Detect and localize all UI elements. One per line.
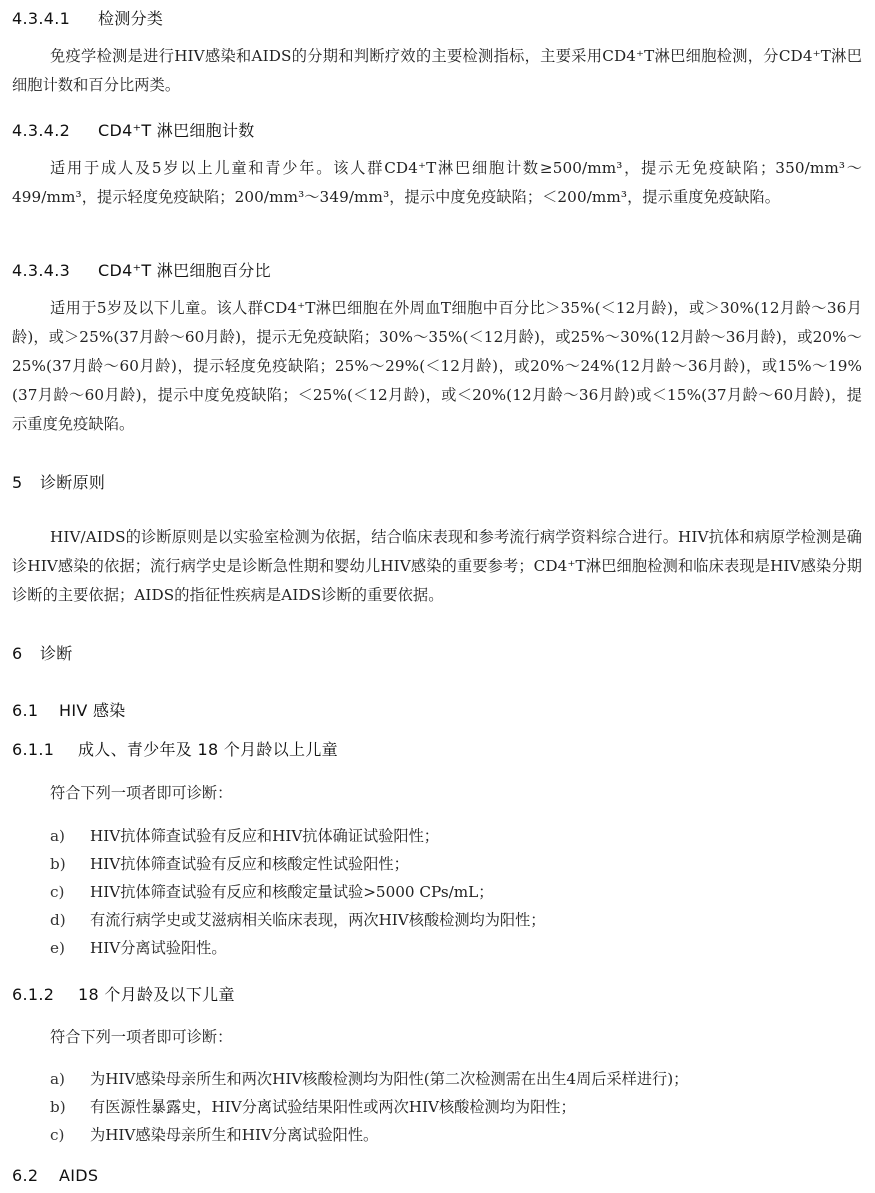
heading-4-3-4-1: 4.3.4.1检测分类 — [12, 6, 163, 29]
section-title: CD4⁺T 淋巴细胞计数 — [98, 121, 255, 140]
list-item: d)有流行病学史或艾滋病相关临床表现，两次HIV核酸检测均为阳性； — [50, 909, 545, 930]
section-number: 4.3.4.1 — [12, 9, 98, 28]
list-marker: a) — [50, 1070, 90, 1088]
paragraph-4-3-4-1: 免疫学检测是进行HIV感染和AIDS的分期和判断疗效的主要检测指标，主要采用CD… — [12, 42, 862, 100]
list-item: b)有医源性暴露史，HIV分离试验结果阳性或两次HIV核酸检测均为阳性； — [50, 1096, 576, 1117]
list-marker: c) — [50, 1126, 90, 1144]
list-text: HIV抗体筛查试验有反应和核酸定量试验>5000 CPs/mL； — [90, 883, 493, 901]
section-title: HIV 感染 — [59, 701, 126, 720]
heading-6-1-1: 6.1.1成人、青少年及 18 个月龄以上儿童 — [12, 737, 338, 760]
section-title: 诊断 — [40, 644, 73, 663]
list-marker: c) — [50, 883, 90, 901]
paragraph-4-3-4-3: 适用于5岁及以下儿童。该人群CD4⁺T淋巴细胞在外周血T细胞中百分比＞35%(＜… — [12, 294, 862, 439]
criteria-intro: 符合下列一项者即可诊断： — [50, 1026, 232, 1047]
heading-6-2: 6.2AIDS — [12, 1166, 98, 1185]
section-title: 诊断原则 — [40, 473, 105, 492]
criteria-intro: 符合下列一项者即可诊断： — [50, 782, 232, 803]
list-text: HIV抗体筛查试验有反应和核酸定性试验阳性； — [90, 855, 409, 873]
list-marker: a) — [50, 827, 90, 845]
section-title: 检测分类 — [98, 9, 163, 28]
list-marker: b) — [50, 855, 90, 873]
list-item: a)HIV抗体筛查试验有反应和HIV抗体确证试验阳性； — [50, 825, 439, 846]
list-text: 有医源性暴露史，HIV分离试验结果阳性或两次HIV核酸检测均为阳性； — [90, 1098, 576, 1116]
heading-5: 5诊断原则 — [12, 470, 105, 493]
section-title: CD4⁺T 淋巴细胞百分比 — [98, 261, 271, 280]
paragraph-4-3-4-2: 适用于成人及5岁以上儿童和青少年。该人群CD4⁺T淋巴细胞计数≥500/mm³，… — [12, 154, 862, 212]
section-number: 4.3.4.3 — [12, 261, 98, 280]
heading-4-3-4-2: 4.3.4.2CD4⁺T 淋巴细胞计数 — [12, 118, 255, 141]
section-title: 18 个月龄及以下儿童 — [78, 985, 235, 1004]
section-number: 6 — [12, 644, 40, 663]
list-text: 为HIV感染母亲所生和两次HIV核酸检测均为阳性(第二次检测需在出生4周后采样进… — [90, 1070, 688, 1088]
list-item: c)为HIV感染母亲所生和HIV分离试验阳性。 — [50, 1124, 378, 1145]
list-item: c)HIV抗体筛查试验有反应和核酸定量试验>5000 CPs/mL； — [50, 881, 493, 902]
list-marker: d) — [50, 911, 90, 929]
section-number: 6.1.2 — [12, 985, 78, 1004]
paragraph-5: HIV/AIDS的诊断原则是以实验室检测为依据，结合临床表现和参考流行病学资料综… — [12, 523, 862, 610]
heading-6-1: 6.1HIV 感染 — [12, 698, 126, 721]
list-item: a)为HIV感染母亲所生和两次HIV核酸检测均为阳性(第二次检测需在出生4周后采… — [50, 1068, 688, 1089]
heading-6-1-2: 6.1.218 个月龄及以下儿童 — [12, 982, 235, 1005]
list-text: 为HIV感染母亲所生和HIV分离试验阳性。 — [90, 1126, 378, 1144]
section-title: AIDS — [59, 1166, 98, 1185]
heading-4-3-4-3: 4.3.4.3CD4⁺T 淋巴细胞百分比 — [12, 258, 271, 281]
list-text: HIV分离试验阳性。 — [90, 939, 227, 957]
list-marker: b) — [50, 1098, 90, 1116]
section-number: 5 — [12, 473, 40, 492]
list-text: HIV抗体筛查试验有反应和HIV抗体确证试验阳性； — [90, 827, 439, 845]
section-number: 6.1.1 — [12, 740, 78, 759]
list-marker: e) — [50, 939, 90, 957]
section-number: 4.3.4.2 — [12, 121, 98, 140]
list-item: b)HIV抗体筛查试验有反应和核酸定性试验阳性； — [50, 853, 409, 874]
list-item: e)HIV分离试验阳性。 — [50, 937, 227, 958]
heading-6: 6诊断 — [12, 641, 73, 664]
list-text: 有流行病学史或艾滋病相关临床表现，两次HIV核酸检测均为阳性； — [90, 911, 545, 929]
section-number: 6.2 — [12, 1166, 59, 1185]
section-number: 6.1 — [12, 701, 59, 720]
section-title: 成人、青少年及 18 个月龄以上儿童 — [78, 740, 338, 759]
